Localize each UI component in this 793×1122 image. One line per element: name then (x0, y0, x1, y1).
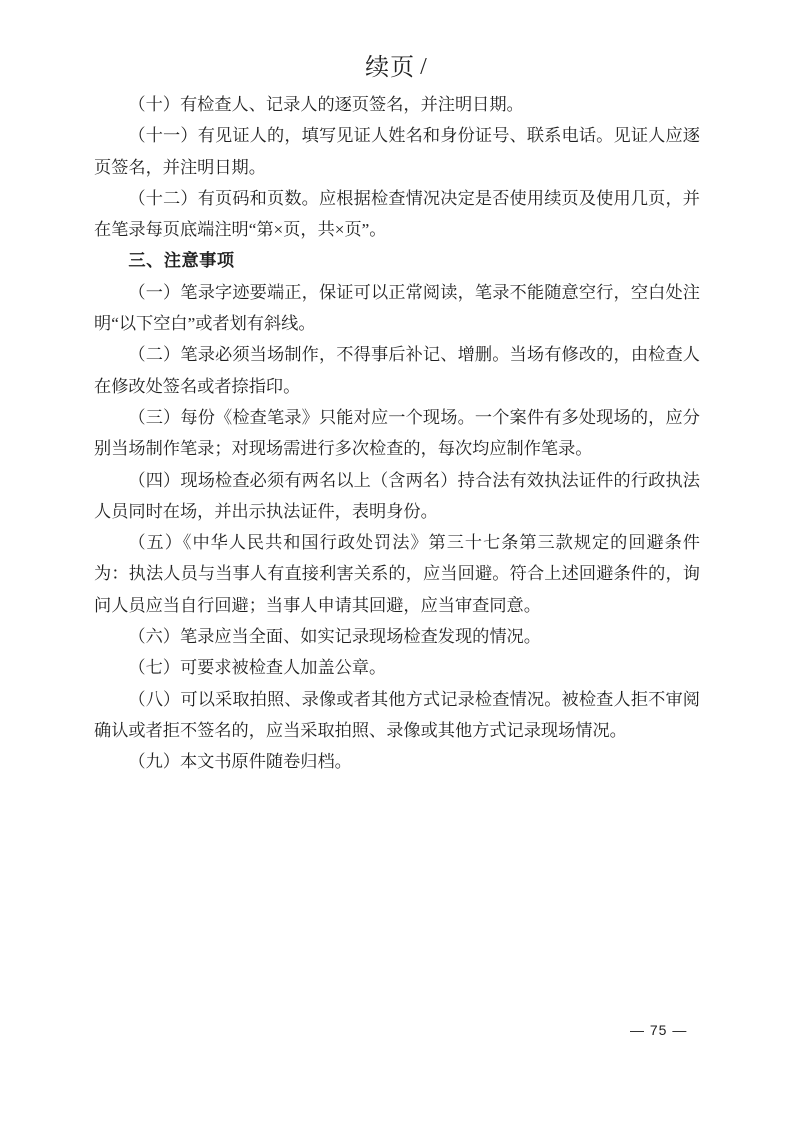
paragraph: （十二）有页码和页数。应根据检查情况决定是否使用续页及使用几页，并在笔录每页底端… (94, 183, 700, 246)
paragraph: （三）每份《检查笔录》只能对应一个现场。一个案件有多处现场的，应分别当场制作笔录… (94, 402, 700, 465)
page-header: 续页/ (0, 53, 793, 83)
paragraph: （一）笔录字迹要端正，保证可以正常阅读，笔录不能随意空行，空白处注明“以下空白”… (94, 277, 700, 340)
paragraph: （七）可要求被检查人加盖公章。 (94, 652, 700, 683)
page-title: 续页 (365, 55, 415, 81)
paragraph: （二）笔录必须当场制作，不得事后补记、增删。当场有修改的，由检查人在修改处签名或… (94, 339, 700, 402)
document-page: 续页/ （十）有检查人、记录人的逐页签名，并注明日期。（十一）有见证人的，填写见… (0, 0, 793, 1122)
title-fill-mark: / (420, 52, 428, 82)
paragraph: （九）本文书原件随卷归档。 (94, 746, 700, 777)
page-number: — 75 — (630, 1021, 687, 1039)
paragraph: （十）有检查人、记录人的逐页签名，并注明日期。 (94, 89, 700, 120)
document-body: （十）有检查人、记录人的逐页签名，并注明日期。（十一）有见证人的，填写见证人姓名… (94, 89, 700, 778)
paragraph: （六）笔录应当全面、如实记录现场检查发现的情况。 (94, 621, 700, 652)
paragraph: （五）《中华人民共和国行政处罚法》第三十七条第三款规定的回避条件为：执法人员与当… (94, 527, 700, 621)
paragraph: （十一）有见证人的，填写见证人姓名和身份证号、联系电话。见证人应逐页签名，并注明… (94, 120, 700, 183)
paragraph: （四）现场检查必须有两名以上（含两名）持合法有效执法证件的行政执法人员同时在场，… (94, 465, 700, 528)
section-heading: 三、注意事项 (94, 245, 700, 276)
paragraph: （八）可以采取拍照、录像或者其他方式记录检查情况。被检查人拒不审阅确认或者拒不签… (94, 684, 700, 747)
